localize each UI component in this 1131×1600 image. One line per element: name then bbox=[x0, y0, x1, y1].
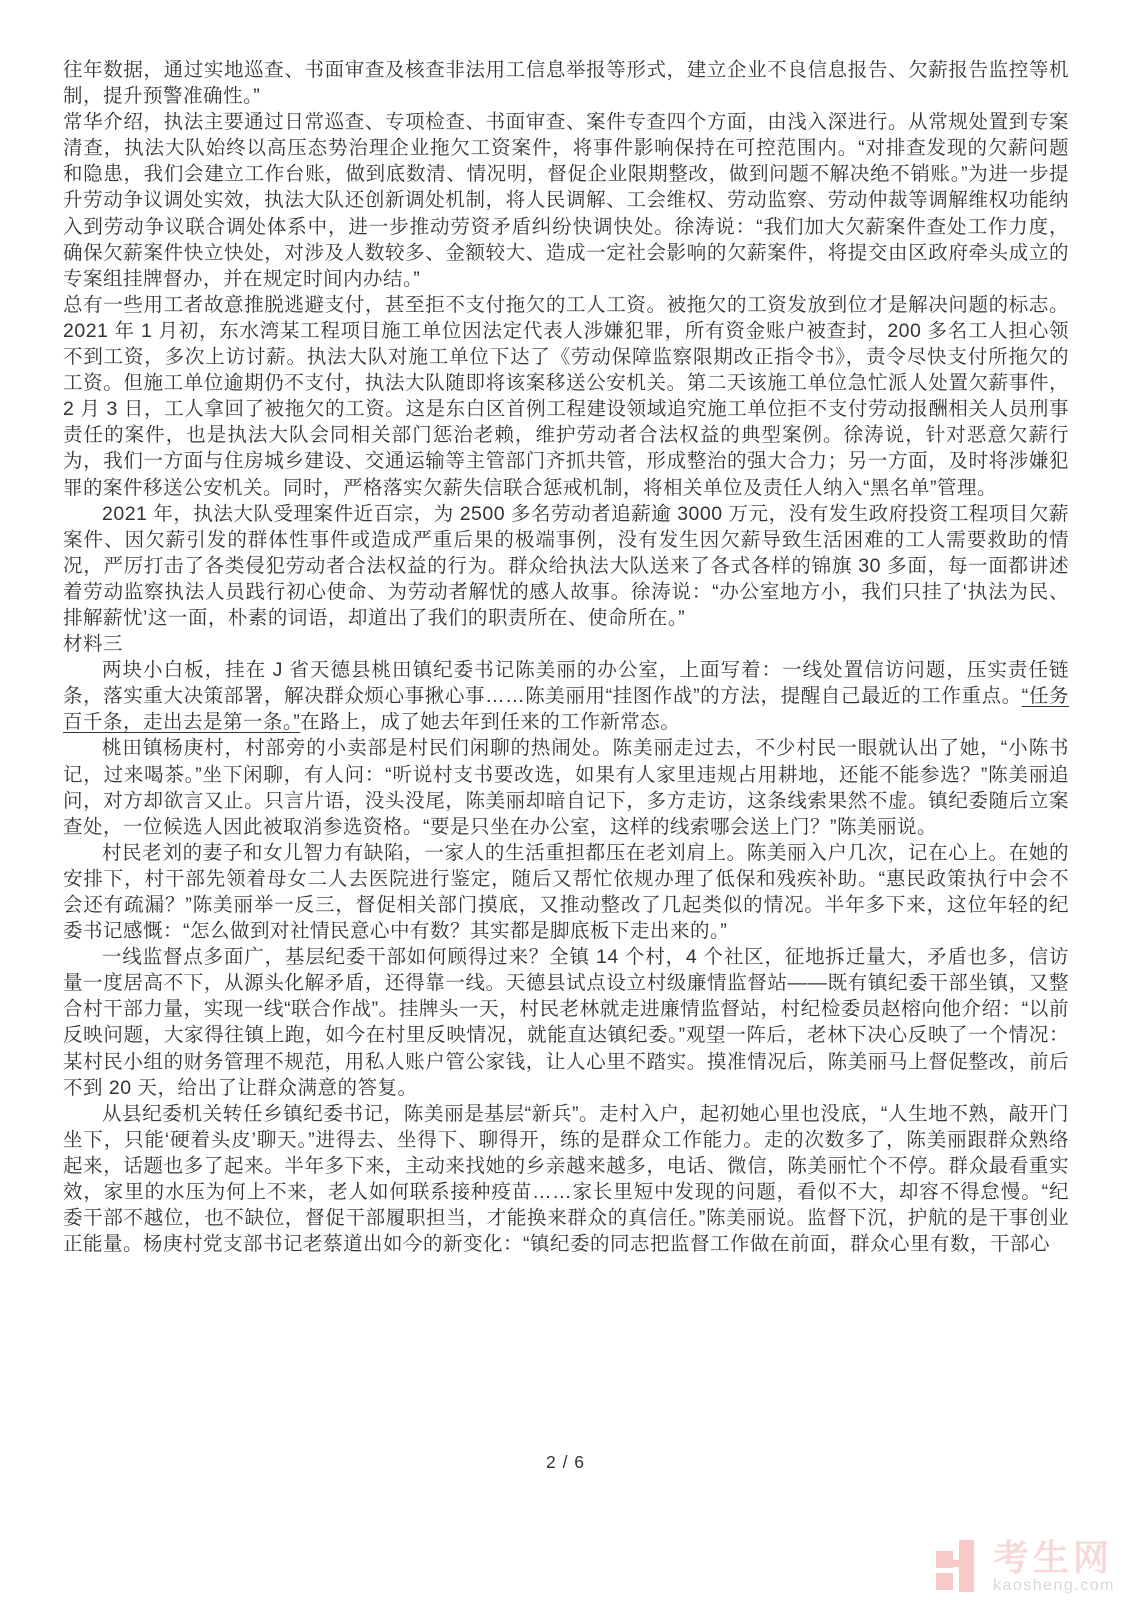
paragraph-changhua-intro: 常华介绍，执法主要通过日常巡查、专项检查、书面审查、案件专查四个方面，由浅入深进… bbox=[63, 109, 1069, 292]
paragraph-text: 村民老刘的妻子和女儿智力有缺陷，一家人的生活重担都压在老刘肩上。陈美丽入户几次，… bbox=[63, 842, 1069, 942]
section-heading-material-3: 材料三 bbox=[63, 631, 1069, 657]
paragraph-villager-laoliu: 村民老刘的妻子和女儿智力有缺陷，一家人的生活重担都压在老刘肩上。陈美丽入户几次，… bbox=[63, 840, 1069, 944]
page-number: 2 / 6 bbox=[546, 1452, 585, 1472]
watermark-site-url: kaosheng.com bbox=[993, 1578, 1115, 1594]
paragraph-continuation: 往年数据，通过实地巡查、书面审查及核查非法用工信息举报等形式，建立企业不良信息报… bbox=[63, 57, 1069, 109]
paragraph-supervision-station: 一线监督点多面广，基层纪委干部如何顾得过来？全镇 14 个村，4 个社区，征地拆… bbox=[63, 944, 1069, 1101]
paragraph-text: 桃田镇杨庚村，村部旁的小卖部是村民们闲聊的热闹处。陈美丽走过去，不少村民一眼就认… bbox=[63, 737, 1069, 837]
paragraph-text: 从县纪委机关转任乡镇纪委书记，陈美丽是基层“新兵”。走村入户，起初她心里也没底，… bbox=[63, 1103, 1069, 1255]
document-page: 往年数据，通过实地巡查、书面审查及核查非法用工信息举报等形式，建立企业不良信息报… bbox=[0, 0, 1131, 1600]
watermark-text: 考生网 kaosheng.com bbox=[993, 1540, 1115, 1594]
paragraph-yanggeng-village: 桃田镇杨庚村，村部旁的小卖部是村民们闲聊的热闹处。陈美丽走过去，不少村民一眼就认… bbox=[63, 735, 1069, 839]
paragraph-2021-results: 2021 年，执法大队受理案件近百宗，为 2500 多名劳动者追薪逾 3000 … bbox=[63, 501, 1069, 631]
paragraph-wage-case: 总有一些用工者故意推脱逃避支付，甚至拒不支付拖欠的工人工资。被拖欠的工资发放到位… bbox=[63, 292, 1069, 501]
paragraph-whiteboards: 两块小白板，挂在 J 省天德县桃田镇纪委书记陈美丽的办公室，上面写着：一线处置信… bbox=[63, 657, 1069, 735]
paragraph-text: 两块小白板，挂在 J 省天德县桃田镇纪委书记陈美丽的办公室，上面写着：一线处置信… bbox=[63, 659, 1069, 707]
document-body: 往年数据，通过实地巡查、书面审查及核查非法用工信息举报等形式，建立企业不良信息报… bbox=[63, 57, 1069, 1257]
kaosheng-logo-icon bbox=[936, 1540, 984, 1592]
watermark: 考生网 kaosheng.com bbox=[936, 1540, 1115, 1594]
paragraph-text: 2021 年，执法大队受理案件近百宗，为 2500 多名劳动者追薪逾 3000 … bbox=[63, 503, 1069, 629]
paragraph-text: 一线监督点多面广，基层纪委干部如何顾得过来？全镇 14 个村，4 个社区，征地拆… bbox=[63, 946, 1069, 1098]
paragraph-text: 常华介绍，执法主要通过日常巡查、专项检查、书面审查、案件专查四个方面，由浅入深进… bbox=[63, 111, 1069, 290]
paragraph-text: 往年数据，通过实地巡查、书面审查及核查非法用工信息举报等形式，建立企业不良信息报… bbox=[63, 59, 1069, 107]
paragraph-text: 总有一些用工者故意推脱逃避支付，甚至拒不支付拖欠的工人工资。被拖欠的工资发放到位… bbox=[63, 294, 1069, 499]
section-heading-text: 材料三 bbox=[63, 633, 123, 655]
watermark-site-name: 考生网 bbox=[993, 1540, 1113, 1576]
paragraph-new-soldier: 从县纪委机关转任乡镇纪委书记，陈美丽是基层“新兵”。走村入户，起初她心里也没底，… bbox=[63, 1101, 1069, 1258]
paragraph-text: 在路上，成了她去年到任来的工作新常态。 bbox=[300, 711, 680, 733]
page-footer: 2 / 6 bbox=[0, 1452, 1131, 1473]
